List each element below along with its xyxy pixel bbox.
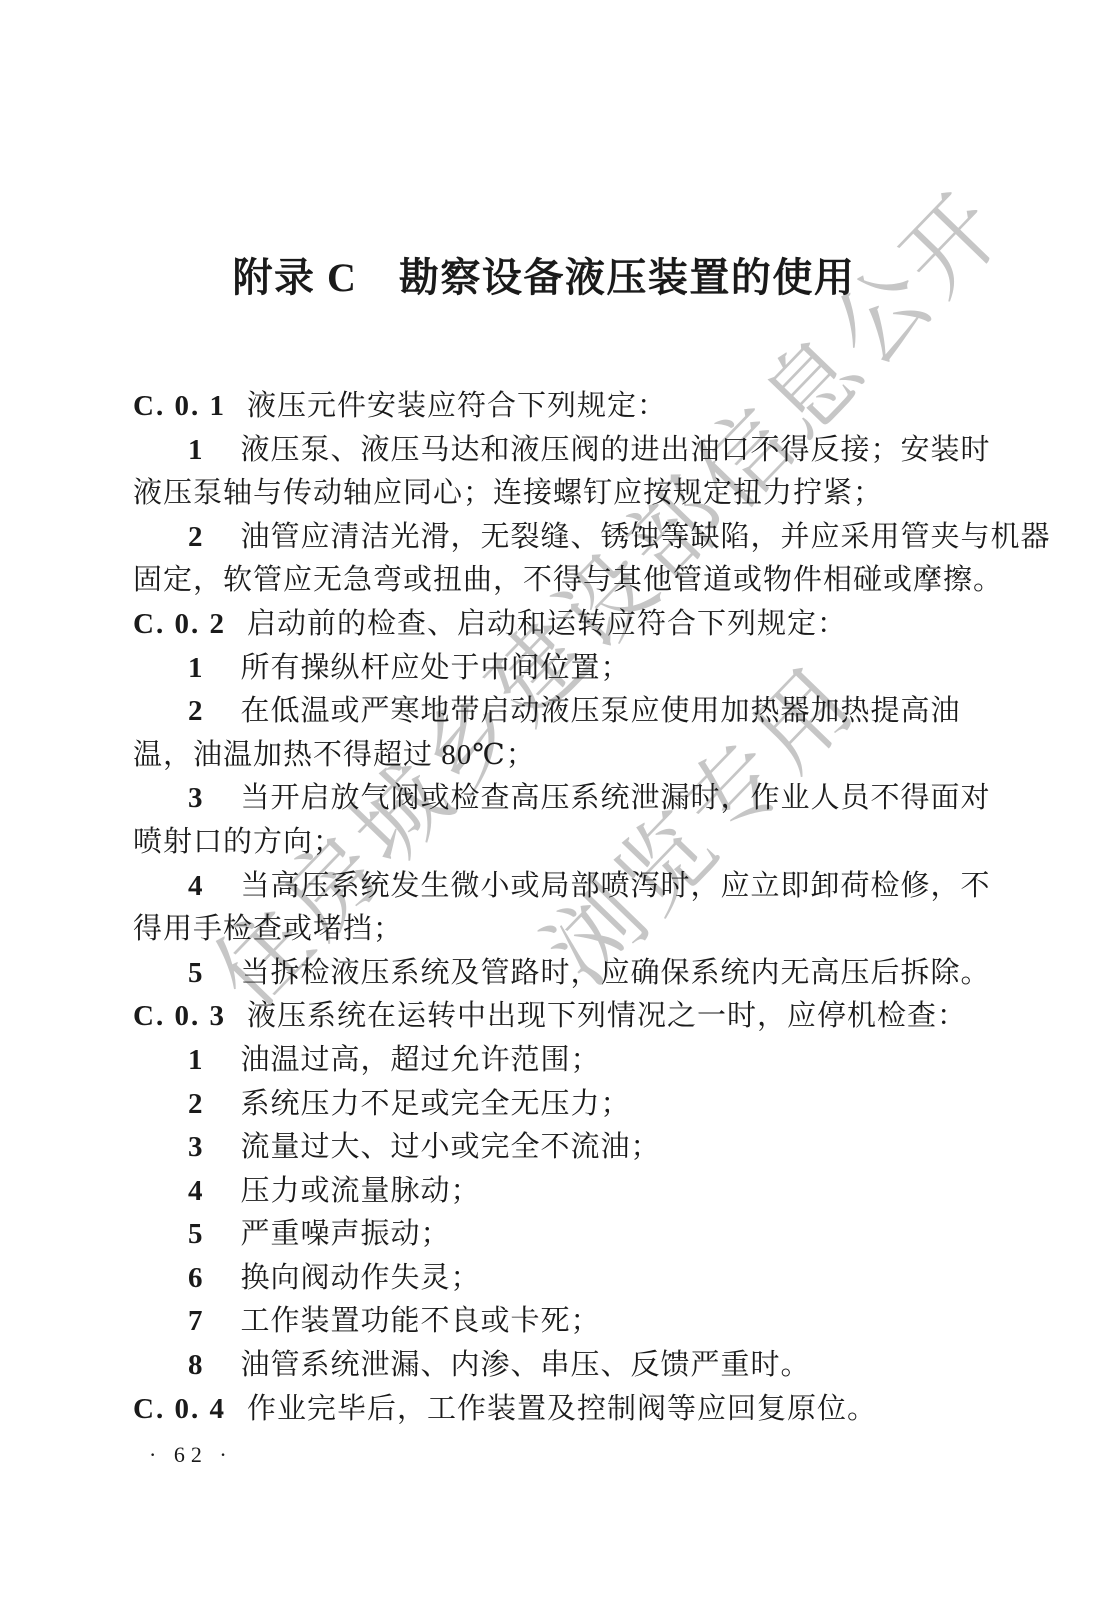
item-line: 5当拆检液压系统及管路时，应确保系统内无高压后拆除。 [133,952,993,996]
document-page: 住房城乡建设部信息公开 浏览专用 附录 C 勘察设备液压装置的使用 C. 0. … [0,0,1102,1598]
item-line: 8油管系统泄漏、内渗、串压、反馈严重时。 [133,1344,993,1388]
item-line: 5严重噪声振动； [133,1213,993,1257]
line-text: 液压系统在运转中出现下列情况之一时，应停机检查： [247,1000,967,1032]
item-line: 3流量过大、过小或完全不流油； [133,1126,993,1170]
line-text: 启动前的检查、启动和运转应符合下列规定： [247,608,847,640]
clause-label: C. 0. 1 [133,390,226,422]
line-text: 压力或流量脉动； [241,1175,481,1207]
item-line: 6换向阀动作失灵； [133,1257,993,1301]
item-number: 1 [188,1044,204,1076]
item-line: 4压力或流量脉动； [133,1170,993,1214]
line-text: 温，油温加热不得超过 80℃； [133,739,536,771]
line-text: 得用手检查或堵挡； [133,913,403,945]
line-text: 当高压系统发生微小或局部喷泻时，应立即卸荷检修，不 [241,870,991,902]
line-text: 液压泵、液压马达和液压阀的进出油口不得反接；安装时 [241,434,991,466]
continuation-line: 液压泵轴与传动轴应同心；连接螺钉应按规定扭力拧紧； [133,472,993,516]
item-number: 8 [188,1349,204,1381]
page-number: · 62 · [149,1442,233,1468]
item-line: 7工作装置功能不良或卡死； [133,1300,993,1344]
page-title: 附录 C 勘察设备液压装置的使用 [114,246,974,303]
line-text: 油温过高，超过允许范围； [241,1044,601,1076]
item-line: 2系统压力不足或完全无压力； [133,1083,993,1127]
item-number: 2 [188,695,204,727]
clause-line: C. 0. 1液压元件安装应符合下列规定： [133,385,993,429]
line-text: 液压元件安装应符合下列规定： [247,390,667,422]
page-content: 附录 C 勘察设备液压装置的使用 C. 0. 1液压元件安装应符合下列规定：1液… [133,0,993,1598]
line-text: 换向阀动作失灵； [241,1262,481,1294]
item-number: 1 [188,652,204,684]
line-text: 油管系统泄漏、内渗、串压、反馈严重时。 [241,1349,811,1381]
item-line: 1所有操纵杆应处于中间位置； [133,647,993,691]
item-number: 5 [188,1218,204,1250]
continuation-line: 喷射口的方向； [133,821,993,865]
item-number: 5 [188,957,204,989]
item-line: 2油管应清洁光滑，无裂缝、锈蚀等缺陷，并应采用管夹与机器 [133,516,993,560]
item-line: 2在低温或严寒地带启动液压泵应使用加热器加热提高油 [133,690,993,734]
item-number: 4 [188,1175,204,1207]
line-text: 系统压力不足或完全无压力； [241,1088,631,1120]
item-number: 7 [188,1305,204,1337]
clause-label: C. 0. 4 [133,1393,226,1425]
line-text: 液压泵轴与传动轴应同心；连接螺钉应按规定扭力拧紧； [133,477,883,509]
item-number: 3 [188,1131,204,1163]
line-text: 油管应清洁光滑，无裂缝、锈蚀等缺陷，并应采用管夹与机器 [241,521,1051,553]
item-line: 1液压泵、液压马达和液压阀的进出油口不得反接；安装时 [133,429,993,473]
item-number: 2 [188,1088,204,1120]
line-text: 严重噪声振动； [241,1218,451,1250]
continuation-line: 温，油温加热不得超过 80℃； [133,734,993,778]
line-text: 工作装置功能不良或卡死； [241,1305,601,1337]
line-text: 喷射口的方向； [133,826,343,858]
clause-label: C. 0. 3 [133,1000,226,1032]
item-number: 2 [188,521,204,553]
line-text: 当拆检液压系统及管路时，应确保系统内无高压后拆除。 [241,957,991,989]
item-number: 6 [188,1262,204,1294]
continuation-line: 得用手检查或堵挡； [133,908,993,952]
document-body: C. 0. 1液压元件安装应符合下列规定：1液压泵、液压马达和液压阀的进出油口不… [133,385,993,1431]
clause-label: C. 0. 2 [133,608,226,640]
line-text: 当开启放气阀或检查高压系统泄漏时，作业人员不得面对 [241,782,991,814]
line-text: 固定，软管应无急弯或扭曲，不得与其他管道或物件相碰或摩擦。 [133,564,1003,596]
clause-line: C. 0. 3液压系统在运转中出现下列情况之一时，应停机检查： [133,995,993,1039]
clause-line: C. 0. 2启动前的检查、启动和运转应符合下列规定： [133,603,993,647]
item-number: 3 [188,782,204,814]
line-text: 所有操纵杆应处于中间位置； [241,652,631,684]
line-text: 作业完毕后，工作装置及控制阀等应回复原位。 [247,1393,877,1425]
line-text: 在低温或严寒地带启动液压泵应使用加热器加热提高油 [241,695,961,727]
item-line: 1油温过高，超过允许范围； [133,1039,993,1083]
item-number: 1 [188,434,204,466]
continuation-line: 固定，软管应无急弯或扭曲，不得与其他管道或物件相碰或摩擦。 [133,559,993,603]
clause-line: C. 0. 4作业完毕后，工作装置及控制阀等应回复原位。 [133,1388,993,1432]
item-line: 4当高压系统发生微小或局部喷泻时，应立即卸荷检修，不 [133,865,993,909]
line-text: 流量过大、过小或完全不流油； [241,1131,661,1163]
item-line: 3当开启放气阀或检查高压系统泄漏时，作业人员不得面对 [133,777,993,821]
item-number: 4 [188,870,204,902]
